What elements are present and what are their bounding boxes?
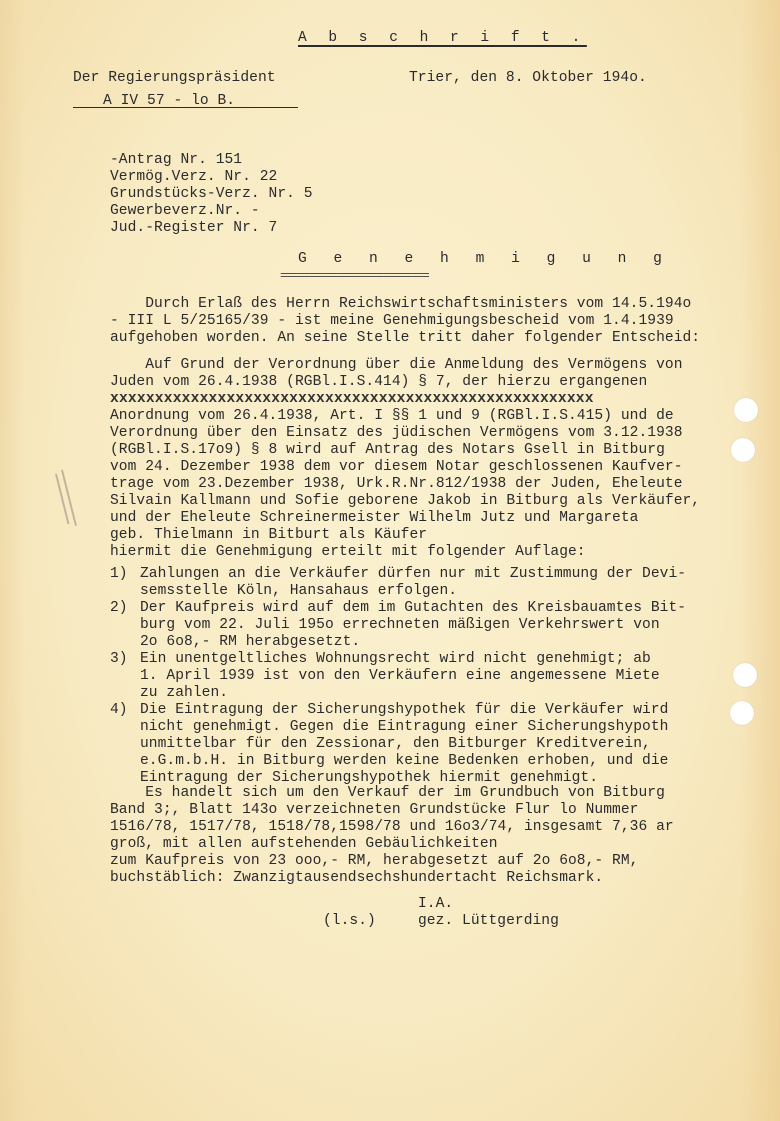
section-heading: G e n e h m i g u n g	[298, 251, 671, 268]
condition-2-number: 2)	[110, 600, 128, 617]
closing-line-1: Es handelt sich um den Verkauf der im Gr…	[110, 785, 665, 802]
condition-1-line-1: Zahlungen an die Verkäufer dürfen nur mi…	[140, 566, 686, 583]
intro-line-1: Durch Erlaß des Herrn Reichswirtschaftsm…	[110, 296, 691, 313]
decision-line-6: (RGBl.I.S.17o9) § 8 wird auf Antrag des …	[110, 442, 665, 459]
document-title: A b s c h r i f t .	[298, 30, 587, 47]
decision-line-9: Silvain Kallmann und Sofie geborene Jako…	[110, 493, 700, 510]
condition-4-line-1: Die Eintragung der Sicherungshypothek fü…	[140, 702, 668, 719]
condition-2-line-1: Der Kaufpreis wird auf dem im Gutachten …	[140, 600, 686, 617]
punch-hole	[731, 438, 755, 462]
condition-3-line-3: zu zahlen.	[140, 685, 228, 702]
decision-line-2: Juden vom 26.4.1938 (RGBl.I.S.414) § 7, …	[110, 374, 647, 391]
heading-rule: ==========================	[280, 268, 428, 285]
register-vermoegen: Vermög.Verz. Nr. 22	[110, 169, 277, 186]
punch-hole	[734, 398, 758, 422]
intro-line-2: - III L 5/25165/39 - ist meine Genehmigu…	[110, 313, 674, 330]
condition-4-line-2: nicht genehmigt. Gegen die Eintragung ei…	[140, 719, 668, 736]
condition-4-line-4: e.G.m.b.H. in Bitburg werden keine Beden…	[140, 753, 668, 770]
closing-line-6: buchstäblich: Zwanzigtausendsechshundert…	[110, 870, 603, 887]
closing-line-2: Band 3;, Blatt 143o verzeichneten Grunds…	[110, 802, 638, 819]
condition-3-line-1: Ein unentgeltliches Wohnungsrecht wird n…	[140, 651, 651, 668]
condition-1-number: 1)	[110, 566, 128, 583]
decision-line-4: Anordnung vom 26.4.1938, Art. I §§ 1 und…	[110, 408, 674, 425]
place-date: Trier, den 8. Oktober 194o.	[409, 70, 647, 87]
paper-edge-right	[740, 0, 780, 1121]
paper-edge-left	[0, 0, 25, 1121]
decision-line-8: trage vom 23.Dezember 1938, Urk.R.Nr.812…	[110, 476, 683, 493]
authority: Der Regierungspräsident	[73, 70, 276, 87]
signature-seal: (l.s.)	[323, 913, 376, 930]
punch-hole	[733, 663, 757, 687]
reference-number: A IV 57 - lo B.	[103, 93, 235, 110]
condition-2-line-2: burg vom 22. Juli 195o errechneten mäßig…	[140, 617, 660, 634]
closing-line-5: zum Kaufpreis von 23 ooo,- RM, herabgese…	[110, 853, 638, 870]
condition-3-number: 3)	[110, 651, 128, 668]
signature-name: gez. Lüttgerding	[418, 913, 559, 930]
register-antrag: -Antrag Nr. 151	[110, 152, 242, 169]
closing-line-4: groß, mit allen aufstehenden Gebäulichke…	[110, 836, 498, 853]
condition-2-line-3: 2o 6o8,- RM herabgesetzt.	[140, 634, 360, 651]
signature-ia: I.A.	[418, 896, 453, 913]
closing-line-3: 1516/78, 1517/78, 1518/78,1598/78 und 16…	[110, 819, 674, 836]
decision-line-12: hiermit die Genehmigung erteilt mit folg…	[110, 544, 586, 561]
register-grundstueck: Grundstücks-Verz. Nr. 5	[110, 186, 313, 203]
condition-4-number: 4)	[110, 702, 128, 719]
condition-3-line-2: 1. April 1939 ist von den Verkäufern ein…	[140, 668, 660, 685]
decision-line-1: Auf Grund der Verordnung über die Anmeld…	[110, 357, 683, 374]
decision-line-10: und der Eheleute Schreinermeister Wilhel…	[110, 510, 638, 527]
register-juden: Jud.-Register Nr. 7	[110, 220, 277, 237]
register-gewerbe: Gewerbeverz.Nr. -	[110, 203, 260, 220]
decision-line-11: geb. Thielmann in Bitburt als Käufer	[110, 527, 427, 544]
decision-line-7: vom 24. Dezember 1938 dem vor diesem Not…	[110, 459, 683, 476]
decision-line-5: Verordnung über den Einsatz des jüdische…	[110, 425, 683, 442]
punch-hole	[730, 701, 754, 725]
condition-1-line-2: semsstelle Köln, Hansahaus erfolgen.	[140, 583, 457, 600]
struck-out-line: xxxxxxxxxxxxxxxxxxxxxxxxxxxxxxxxxxxxxxxx…	[110, 391, 594, 408]
intro-line-3: aufgehoben worden. An seine Stelle tritt…	[110, 330, 700, 347]
condition-4-line-3: unmittelbar für den Zessionar, den Bitbu…	[140, 736, 651, 753]
